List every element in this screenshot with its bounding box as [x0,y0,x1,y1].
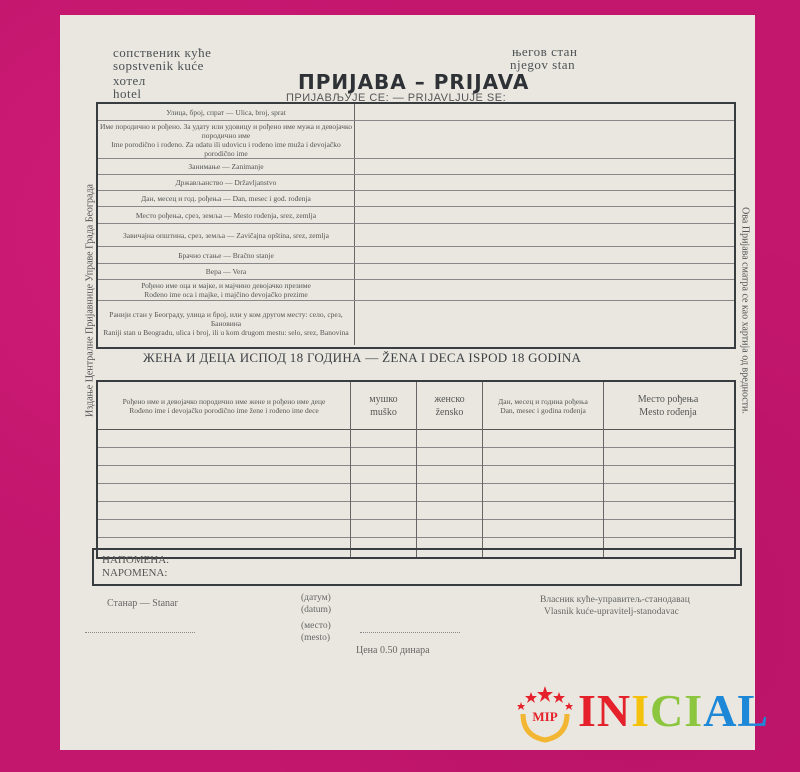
logo-letter: I [578,685,597,736]
column-divider [416,429,417,557]
note-label-cyr: НАПОМЕНА: [102,554,169,566]
field-row-birthdate: Дан, месец и год. рођења — Dan, mesec i … [98,191,734,207]
col-header-male: мушкоmuško [351,382,417,429]
svg-text:MIP: MIP [532,709,557,724]
laurel-badge-icon: MIP [515,684,575,744]
inicial-wordmark: INICIAL [578,686,769,736]
field-label: Рођено име оца и мајке, и мајчино девоја… [98,280,355,300]
field-label: Вера — Vera [98,264,355,279]
field-row-name: Име породично и рођено. За удату или удо… [98,121,734,159]
registration-form-paper: сопственик куће sopstvenik kuće хотел ho… [60,15,755,750]
logo-letter: A [703,685,737,736]
field-row-marital-status: Брачно стање — Bračno stanje [98,247,734,264]
right-margin-validity-text: Ова Пријава сматра се као хартија од вре… [740,181,751,441]
field-label: Ранији стан у Београду, улица и број, ил… [98,301,355,345]
field-label: Завичајна општина, срез, земља — Zavičaj… [98,224,355,246]
logo-letter: C [650,685,684,736]
landlord-label-cyr: Власник куће-управитељ-станодавац [540,595,690,605]
note-box: НАПОМЕНА: NAPOMENA: [92,548,742,586]
column-divider [350,429,351,557]
field-label: Држављанство — Državljanstvo [98,175,355,190]
field-label: Дан, месец и год. рођења — Dan, mesec i … [98,191,355,206]
wife-children-table: Рођено име и девојачко породично име жен… [96,380,736,559]
date-label-lat: (datum) [301,605,331,615]
date-label-cyr: (датум) [301,593,331,603]
left-margin-publisher-text: Издање Централне Пријавнице Управе Града… [85,171,96,431]
field-label: Занимање — Zanimanje [98,159,355,174]
column-divider [603,429,604,557]
field-label: Брачно стање — Bračno stanje [98,247,355,263]
place-label-lat: (mesto) [301,633,330,643]
field-row-occupation: Занимање — Zanimanje [98,159,734,175]
form-title: ПРИЈАВА – PRIJAVA [298,70,529,94]
registration-table: Улица, број, спрат — Ulica, broj, sprat … [96,102,736,349]
logo-letter: I [631,685,650,736]
landlord-label-lat: Vlasnik kuće-upravitelj-stanodavac [544,607,679,617]
logo-letter: L [737,685,769,736]
col-header-name: Рођено име и девојачко породично име жен… [98,382,351,429]
tenant-label: Станар — Stanar [107,598,178,609]
field-row-previous-residence: Ранији стан у Београду, улица и број, ил… [98,301,734,345]
field-row-religion: Вера — Vera [98,264,734,280]
column-divider [482,429,483,557]
field-row-street: Улица, број, спрат — Ulica, broj, sprat [98,104,734,121]
kids-section-title: ЖЕНА И ДЕЦА ИСПОД 18 ГОДИНА — ŽENA I DEC… [143,350,581,366]
hotel-label-lat: hotel [113,87,142,100]
logo-letter: I [684,685,703,736]
date-place-line [360,632,460,633]
owner-label-lat: sopstvenik kuće [113,59,204,72]
field-row-birthplace: Место рођења, срез, земља — Mesto rođenj… [98,207,734,224]
field-row-parents: Рођено име оца и мајке, и мајчино девоја… [98,280,734,301]
price-label: Цена 0.50 динара [356,645,430,656]
field-label: Улица, број, спрат — Ulica, broj, sprat [98,104,355,120]
field-row-home-municipality: Завичајна општина, срез, земља — Zavičaj… [98,224,734,247]
mip-logo: MIP [515,684,575,749]
place-label-cyr: (место) [301,621,331,631]
field-label: Место рођења, срез, земља — Mesto rođenj… [98,207,355,223]
tenant-signature-line [85,632,195,633]
field-row-citizenship: Држављанство — Državljanstvo [98,175,734,191]
col-header-birthplace: Место рођењаMesto rođenja [604,382,732,429]
field-label: Име породично и рођено. За удату или удо… [98,121,355,158]
note-label-lat: NAPOMENA: [102,567,167,579]
logo-letter: N [597,685,631,736]
col-header-birthdate: Дан, месец и година рођењаDan, mesec i g… [483,382,604,429]
col-header-female: женскоžensko [417,382,483,429]
